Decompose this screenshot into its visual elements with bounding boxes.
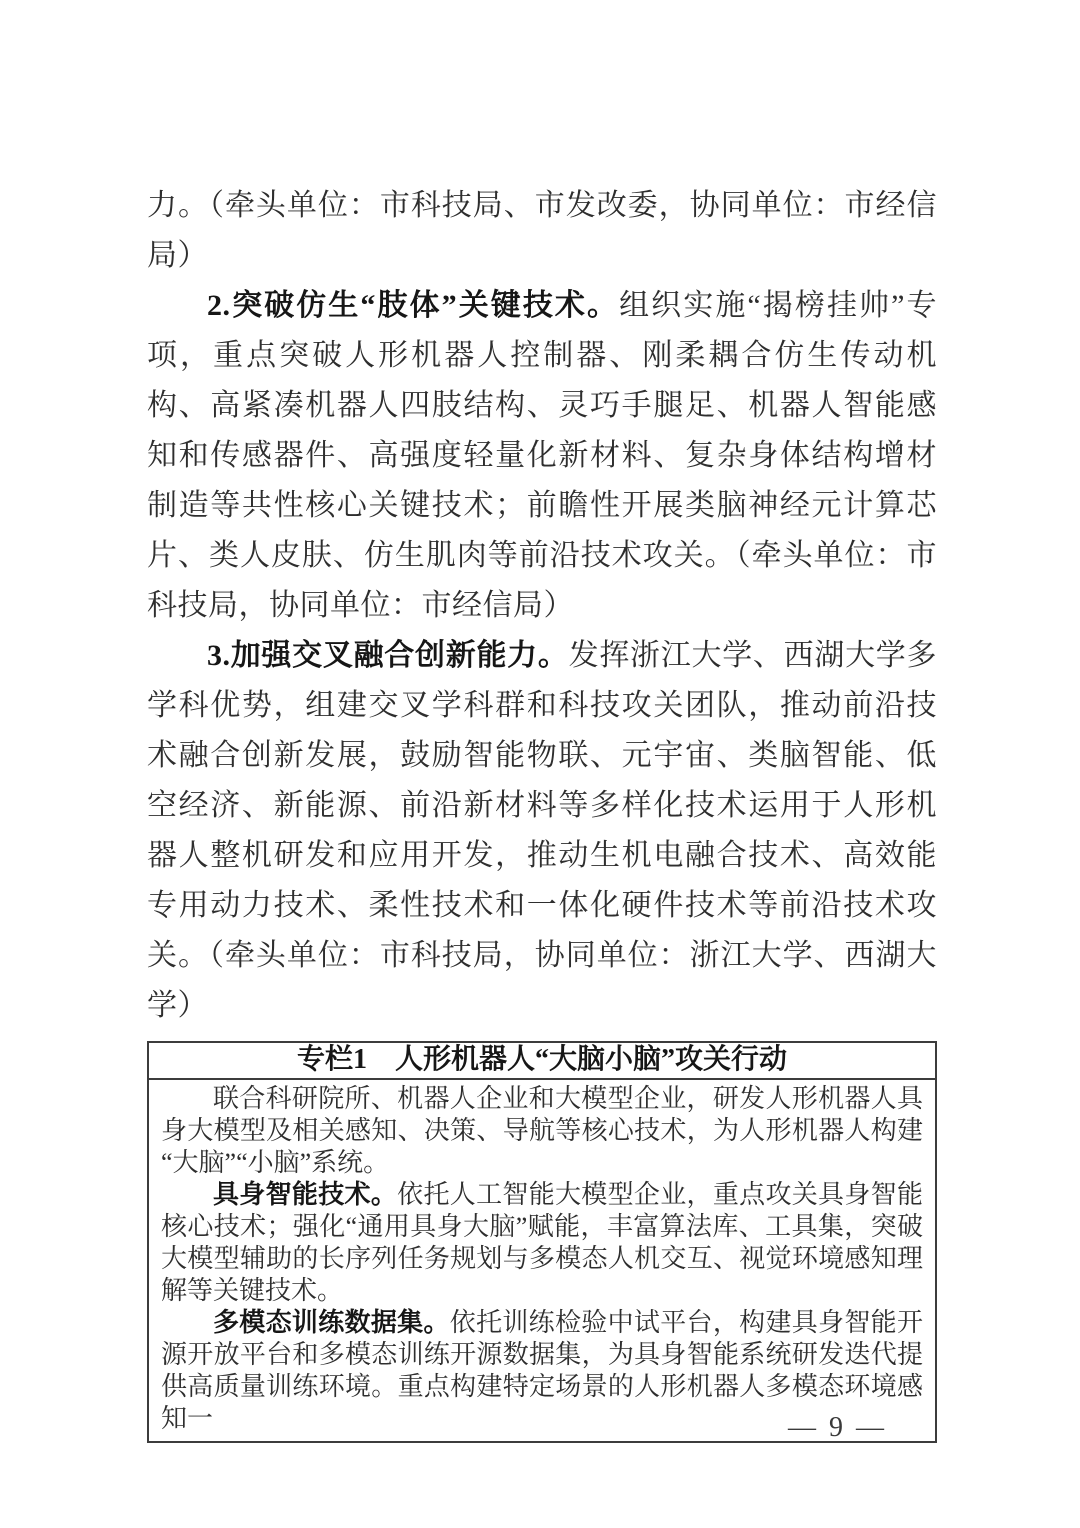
callout-box-title: 专栏1 人形机器人“大脑小脑”攻关行动 [149, 1043, 935, 1080]
page-number: — 9 — [0, 1412, 887, 1444]
body-paragraph-continuation: 力。（牵头单位：市科技局、市发改委，协同单位：市经信局） [147, 181, 937, 281]
paragraph-lead-bold: 具身智能技术。 [213, 1180, 397, 1209]
paragraph-lead-bold: 2.突破仿生“肢体”关键技术。 [207, 289, 619, 322]
document-content: 力。（牵头单位：市科技局、市发改委，协同单位：市经信局） 2.突破仿生“肢体”关… [147, 181, 937, 1443]
paragraph-lead-bold: 3.加强交叉融合创新能力。 [207, 639, 569, 672]
callout-paragraph-1: 联合科研院所、机器人企业和大模型企业，研发人形机器人具身大模型及相关感知、决策、… [161, 1083, 923, 1179]
document-page: 力。（牵头单位：市科技局、市发改委，协同单位：市经信局） 2.突破仿生“肢体”关… [0, 0, 1080, 1528]
text-run: 联合科研院所、机器人企业和大模型企业，研发人形机器人具身大模型及相关感知、决策、… [161, 1084, 923, 1177]
callout-box-body: 联合科研院所、机器人企业和大模型企业，研发人形机器人具身大模型及相关感知、决策、… [149, 1080, 935, 1441]
body-paragraph-3: 3.加强交叉融合创新能力。发挥浙江大学、西湖大学多学科优势，组建交叉学科群和科技… [147, 631, 937, 1031]
text-run: 发挥浙江大学、西湖大学多学科优势，组建交叉学科群和科技攻关团队，推动前沿技术融合… [147, 639, 937, 1022]
callout-paragraph-2: 具身智能技术。依托人工智能大模型企业，重点攻关具身智能核心技术；强化“通用具身大… [161, 1179, 923, 1307]
text-run: 组织实施“揭榜挂帅”专项，重点突破人形机器人控制器、刚柔耦合仿生传动机构、高紧凑… [147, 289, 937, 622]
body-paragraph-2: 2.突破仿生“肢体”关键技术。组织实施“揭榜挂帅”专项，重点突破人形机器人控制器… [147, 281, 937, 631]
callout-box: 专栏1 人形机器人“大脑小脑”攻关行动 联合科研院所、机器人企业和大模型企业，研… [147, 1041, 937, 1443]
text-run: 力。（牵头单位：市科技局、市发改委，协同单位：市经信局） [147, 189, 937, 272]
paragraph-lead-bold: 多模态训练数据集。 [213, 1308, 450, 1337]
